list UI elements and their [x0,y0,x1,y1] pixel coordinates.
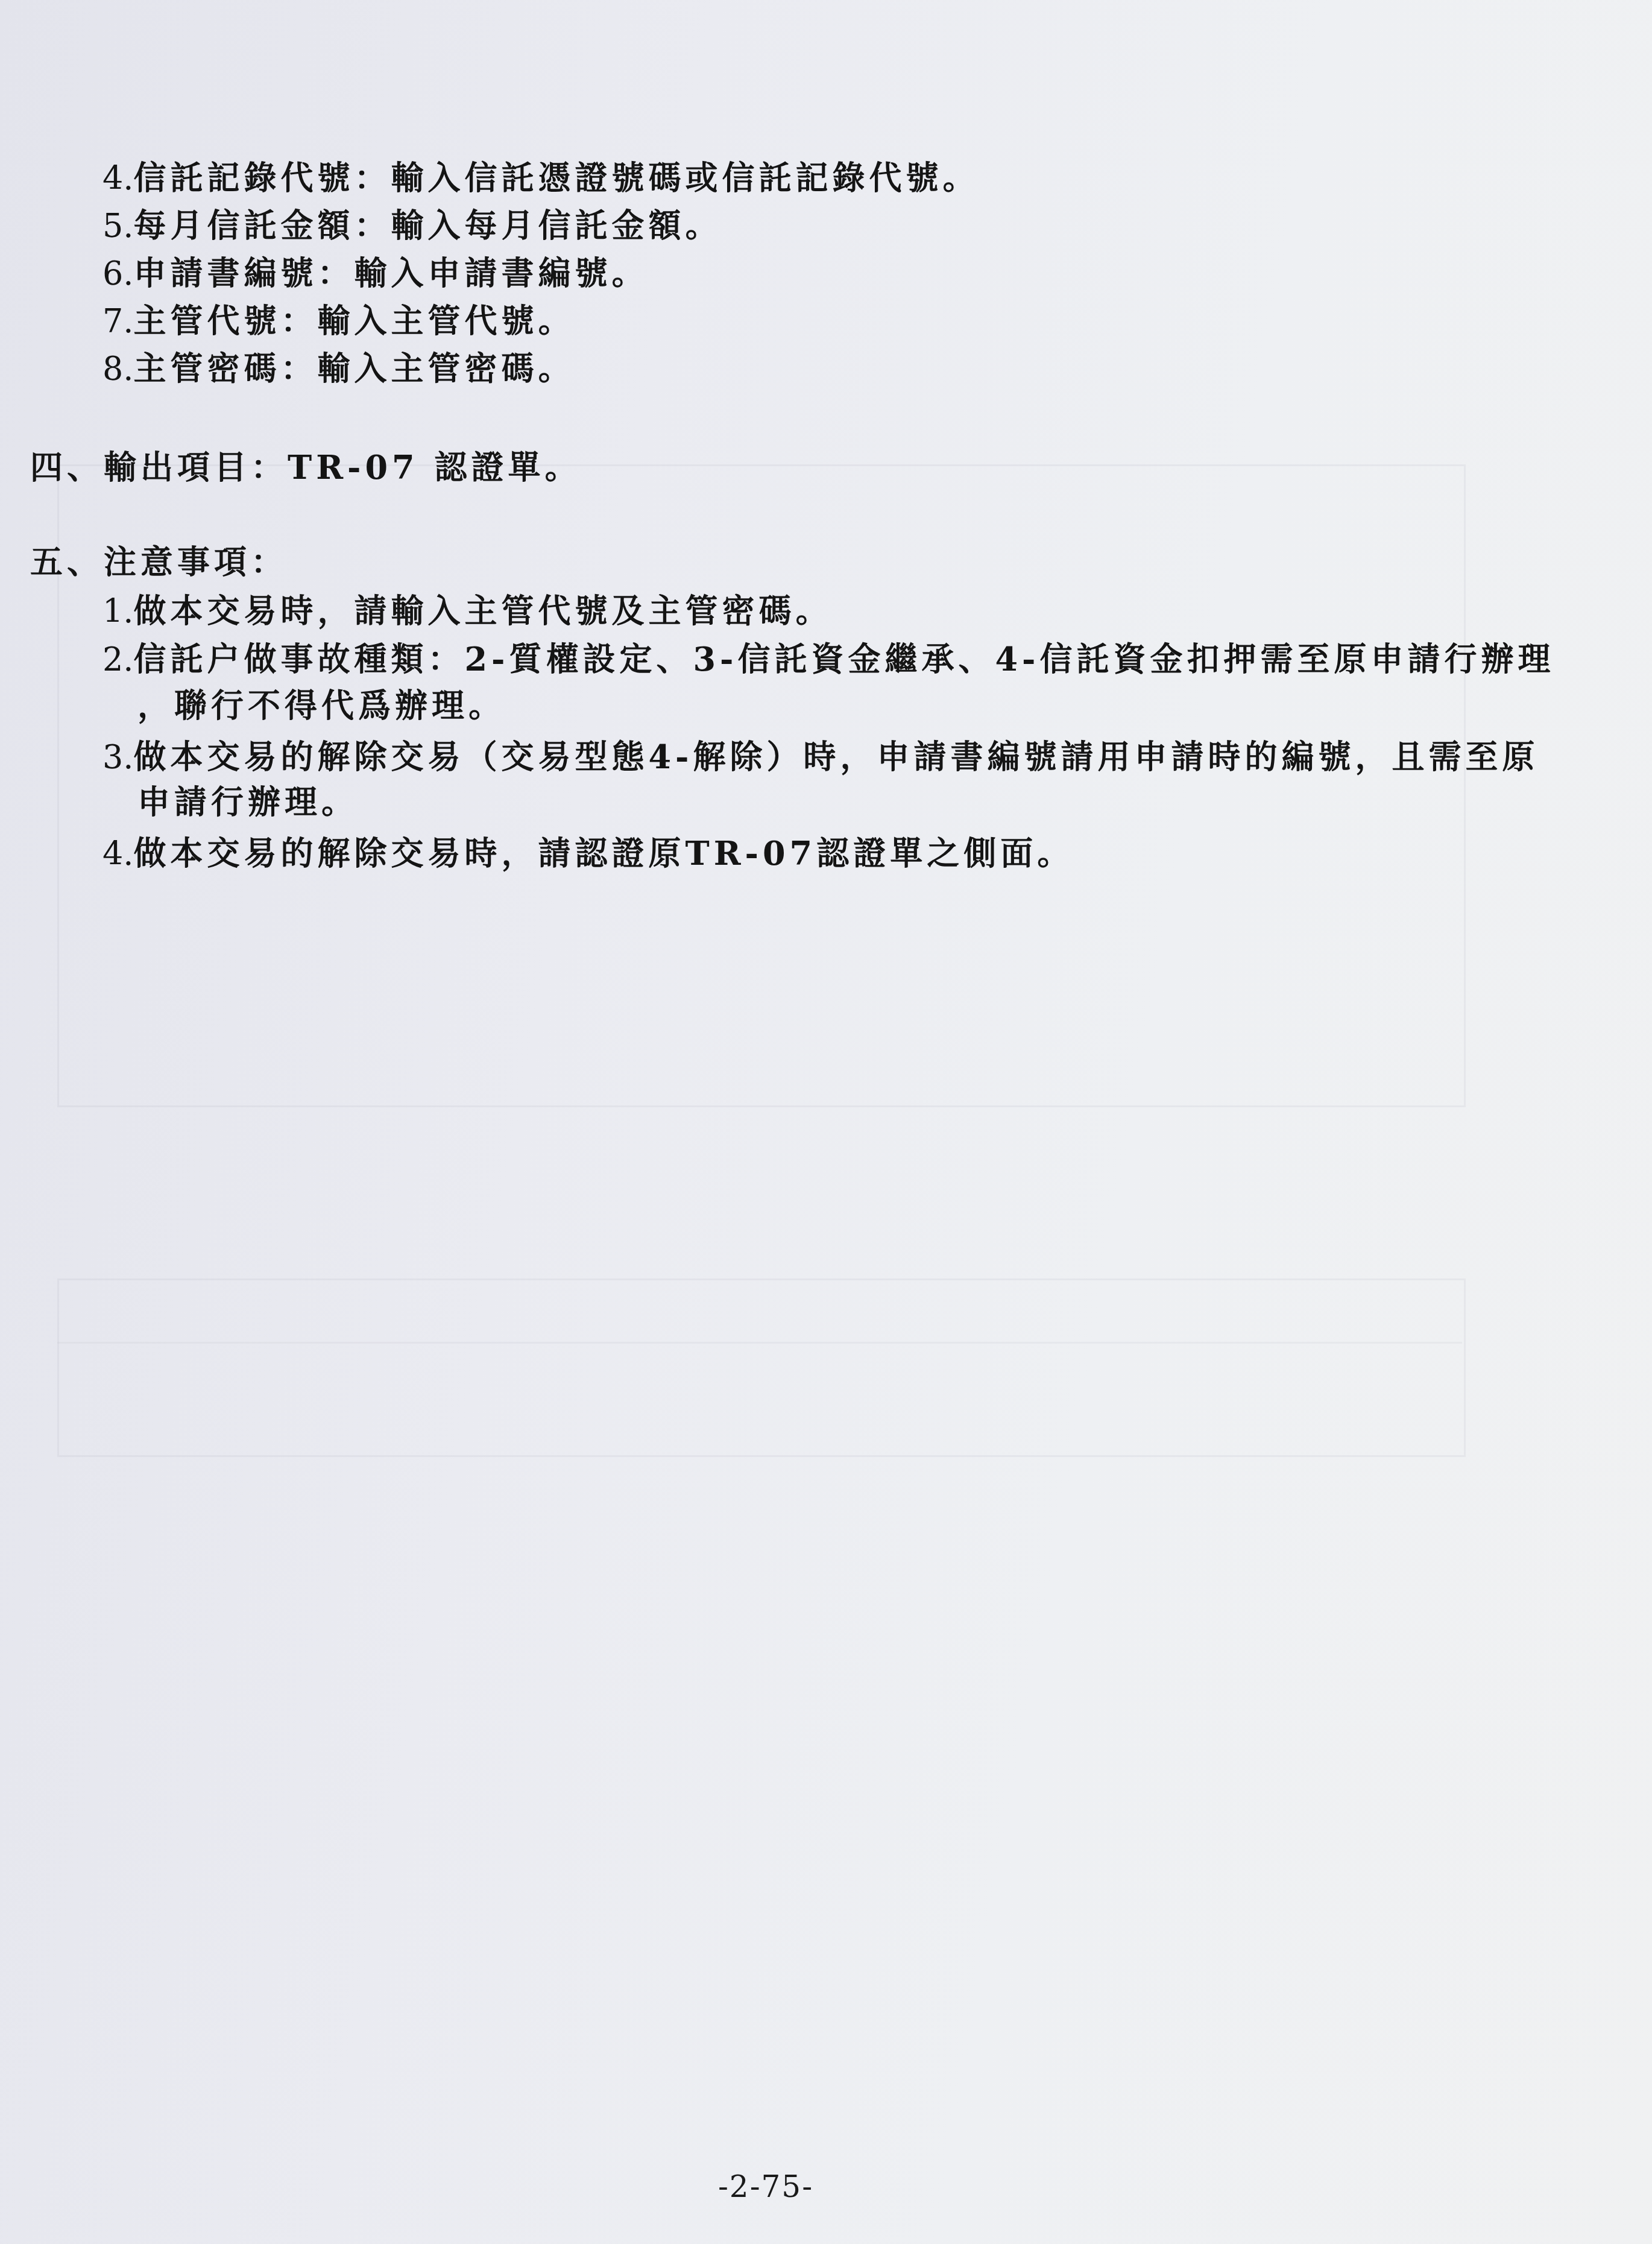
note-text: 信託户做事故種類：2-質權設定、3-信託資金繼承、4-信託資金扣押需至原申請行辦… [134,640,1555,678]
note-item: 4.做本交易的解除交易時，請認證原TR-07認證單之側面。 [102,835,1074,872]
item-number: 8. [102,350,134,388]
item-number: 6. [102,254,134,292]
item-text: 主管密碼：輸入主管密碼。 [134,349,575,388]
item-text: 申請書編號：輸入申請書編號。 [134,254,649,292]
note-number: 3. [102,738,134,776]
show-through-table [57,1278,1466,1457]
section-heading-notes: 五、注意事項： [30,544,288,580]
section-heading-output: 四、輸出項目：TR-07 認證單。 [30,449,581,485]
input-item: 7.主管代號：輸入主管代號。 [102,303,575,340]
item-number: 7. [102,302,134,340]
note-continuation: ，聯行不得代爲辦理。 [137,687,505,724]
note-number: 4. [102,835,134,873]
page-number: -2-75- [0,2169,1531,2205]
note-text: 做本交易時，請輸入主管代號及主管密碼。 [134,592,833,630]
item-text: 信託記錄代號：輸入信託憑證號碼或信託記錄代號。 [134,159,980,197]
note-item: 1.做本交易時，請輸入主管代號及主管密碼。 [102,593,833,630]
item-number: 4. [102,159,134,197]
note-number: 2. [102,640,134,678]
note-number: 1. [102,592,134,630]
item-text: 主管代號：輸入主管代號。 [134,302,575,340]
item-text: 每月信託金額：輸入每月信託金額。 [134,206,722,245]
note-text: 做本交易的解除交易時，請認證原TR-07認證單之側面。 [134,834,1074,873]
note-continuation: 申請行辦理。 [137,784,358,820]
note-item: 2.信託户做事故種類：2-質權設定、3-信託資金繼承、4-信託資金扣押需至原申請… [102,641,1554,678]
item-number: 5. [102,207,134,245]
input-item: 4.信託記錄代號：輸入信託憑證號碼或信託記錄代號。 [102,160,980,197]
input-item: 6.申請書編號：輸入申請書編號。 [102,255,649,292]
input-item: 5.每月信託金額：輸入每月信託金額。 [102,207,722,244]
show-through-rule [57,1342,1462,1344]
note-item: 3.做本交易的解除交易（交易型態4-解除）時，申請書編號請用申請時的編號，且需至… [102,739,1539,776]
input-item: 8.主管密碼：輸入主管密碼。 [102,350,575,387]
note-text: 做本交易的解除交易（交易型態4-解除）時，申請書編號請用申請時的編號，且需至原 [134,738,1539,776]
